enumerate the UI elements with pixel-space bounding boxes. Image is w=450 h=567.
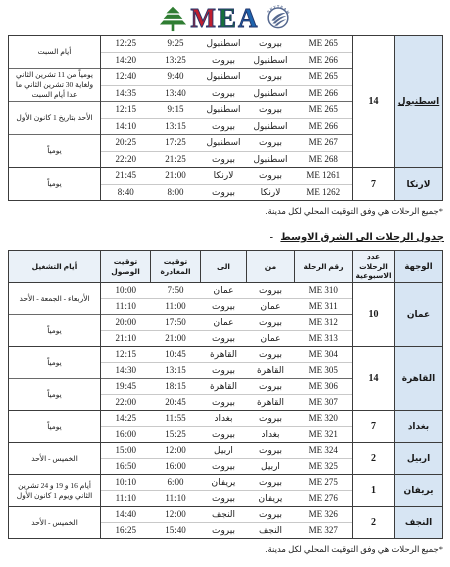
departure-time-cell: 9:40	[151, 69, 201, 86]
flight-number-cell: ME 265	[295, 102, 353, 119]
flight-number-cell: ME 324	[295, 443, 353, 459]
arrival-time-cell: 16:50	[101, 459, 151, 475]
from-city-cell: اسطنبول	[247, 52, 295, 69]
from-city-cell: بيروت	[247, 443, 295, 459]
flight-row: النجف2ME 326بيروتالنجف12:0014:40الخميس -…	[9, 507, 443, 523]
departure-time-cell: 21:00	[151, 331, 201, 347]
skyteam-logo-icon: SKYTEAM	[263, 0, 293, 31]
flight-row: لارنكا7ME 1261بيروتلارنكا21:0021:45يوميا…	[9, 168, 443, 185]
flight-row: القاهرة14ME 304بيروتالقاهرة10:4512:15يوم…	[9, 347, 443, 363]
arrival-time-cell: 19:45	[101, 379, 151, 395]
weekly-flights-cell: 1	[353, 475, 395, 507]
departure-time-cell: 13:40	[151, 85, 201, 102]
departure-time-cell: 11:10	[151, 491, 201, 507]
flight-number-cell: ME 265	[295, 36, 353, 53]
arrival-time-cell: 11:10	[101, 491, 151, 507]
destination-cell: يريفان	[395, 475, 443, 507]
header-operating-days: أيام التشغيل	[9, 251, 101, 283]
to-city-cell: عمان	[201, 315, 247, 331]
departure-time-cell: 15:40	[151, 523, 201, 539]
to-city-cell: اسطنبول	[201, 102, 247, 119]
mea-logo: M E A SKYTEAM	[0, 1, 450, 35]
svg-text:SKYTEAM: SKYTEAM	[266, 5, 290, 16]
bullet-dash: -	[270, 232, 273, 243]
from-city-cell: بيروت	[247, 135, 295, 152]
departure-time-cell: 9:15	[151, 102, 201, 119]
from-city-cell: اسطنبول	[247, 151, 295, 168]
weekly-flights-cell: 14	[353, 347, 395, 411]
flight-number-cell: ME 266	[295, 85, 353, 102]
arrival-time-cell: 20:00	[101, 315, 151, 331]
departure-time-cell: 11:55	[151, 411, 201, 427]
operating-days-cell: الخميس - الأحد	[9, 443, 101, 475]
operating-days-cell: يومياً	[9, 315, 101, 347]
arrival-time-cell: 14:40	[101, 507, 151, 523]
departure-time-cell: 11:00	[151, 299, 201, 315]
from-city-cell: بغداد	[247, 427, 295, 443]
from-city-cell: بيروت	[247, 283, 295, 299]
weekly-flights-cell: 14	[353, 36, 395, 168]
operating-days-cell: أيام السبت	[9, 36, 101, 69]
arrival-time-cell: 12:40	[101, 69, 151, 86]
departure-time-cell: 10:45	[151, 347, 201, 363]
to-city-cell: اسطنبول	[201, 69, 247, 86]
flight-number-cell: ME 275	[295, 475, 353, 491]
operating-days-cell: يومياً	[9, 379, 101, 411]
departure-time-cell: 12:00	[151, 443, 201, 459]
mea-letter-a: A	[238, 5, 260, 32]
to-city-cell: بيروت	[201, 151, 247, 168]
to-city-cell: بيروت	[201, 459, 247, 475]
flight-number-cell: ME 310	[295, 283, 353, 299]
flight-row: اربيل2ME 324بيروتاربيل12:0015:00الخميس -…	[9, 443, 443, 459]
to-city-cell: بيروت	[201, 491, 247, 507]
to-city-cell: بيروت	[201, 395, 247, 411]
departure-time-cell: 21:25	[151, 151, 201, 168]
destination-cell: عمان	[395, 283, 443, 347]
destination-cell: اربيل	[395, 443, 443, 475]
istanbul-larnaca-schedule-table: اسطنبول14ME 265بيروتاسطنبول9:2512:25أيام…	[8, 35, 443, 201]
departure-time-cell: 20:45	[151, 395, 201, 411]
flight-number-cell: ME 313	[295, 331, 353, 347]
arrival-time-cell: 12:15	[101, 102, 151, 119]
mea-letter-e: E	[218, 5, 238, 32]
from-city-cell: لارنكا	[247, 184, 295, 201]
to-city-cell: بيروت	[201, 299, 247, 315]
header-weekly-flights: عدد الرحلات الاسبوعية	[353, 251, 395, 283]
flight-number-cell: ME 276	[295, 491, 353, 507]
destination-cell: القاهرة	[395, 347, 443, 411]
arrival-time-cell: 8:40	[101, 184, 151, 201]
departure-time-cell: 16:00	[151, 459, 201, 475]
arrival-time-cell: 14:35	[101, 85, 151, 102]
middle-east-schedule-table: الوجهةعدد الرحلات الاسبوعيةرقم الرحلةمنا…	[8, 250, 443, 539]
departure-time-cell: 9:25	[151, 36, 201, 53]
weekly-flights-cell: 7	[353, 168, 395, 201]
to-city-cell: يريفان	[201, 475, 247, 491]
weekly-flights-cell: 10	[353, 283, 395, 347]
to-city-cell: بيروت	[201, 331, 247, 347]
flight-number-cell: ME 326	[295, 507, 353, 523]
arrival-time-cell: 21:45	[101, 168, 151, 185]
weekly-flights-cell: 2	[353, 507, 395, 539]
to-city-cell: لارنكا	[201, 168, 247, 185]
to-city-cell: بيروت	[201, 184, 247, 201]
flight-number-cell: ME 305	[295, 363, 353, 379]
from-city-cell: بيروت	[247, 347, 295, 363]
page: M E A SKYTEAM اسطنبول14ME 265بيروتاسطنبو…	[0, 1, 450, 555]
arrival-time-cell: 10:00	[101, 283, 151, 299]
to-city-cell: القاهرة	[201, 347, 247, 363]
flight-number-cell: ME 304	[295, 347, 353, 363]
to-city-cell: القاهرة	[201, 379, 247, 395]
to-city-cell: بيروت	[201, 52, 247, 69]
from-city-cell: اسطنبول	[247, 85, 295, 102]
arrival-time-cell: 14:10	[101, 118, 151, 135]
from-city-cell: بيروت	[247, 102, 295, 119]
flight-number-cell: ME 327	[295, 523, 353, 539]
operating-days-cell: يومياً	[9, 347, 101, 379]
departure-time-cell: 7:50	[151, 283, 201, 299]
flight-number-cell: ME 325	[295, 459, 353, 475]
arrival-time-cell: 22:00	[101, 395, 151, 411]
to-city-cell: بيروت	[201, 523, 247, 539]
arrival-time-cell: 14:20	[101, 52, 151, 69]
from-city-cell: بيروت	[247, 507, 295, 523]
from-city-cell: النجف	[247, 523, 295, 539]
destination-cell: بغداد	[395, 411, 443, 443]
header-to: الى	[201, 251, 247, 283]
from-city-cell: يريفان	[247, 491, 295, 507]
flight-number-cell: ME 268	[295, 151, 353, 168]
from-city-cell: اربيل	[247, 459, 295, 475]
departure-time-cell: 12:00	[151, 507, 201, 523]
from-city-cell: بيروت	[247, 411, 295, 427]
mea-letter-m: M	[191, 5, 218, 32]
from-city-cell: اسطنبول	[247, 118, 295, 135]
departure-time-cell: 6:00	[151, 475, 201, 491]
from-city-cell: بيروت	[247, 315, 295, 331]
flight-number-cell: ME 312	[295, 315, 353, 331]
arrival-time-cell: 14:30	[101, 363, 151, 379]
departure-time-cell: 18:15	[151, 379, 201, 395]
flight-number-cell: ME 321	[295, 427, 353, 443]
flight-row: بغداد7ME 320بيروتبغداد11:5514:25يومياً	[9, 411, 443, 427]
from-city-cell: بيروت	[247, 168, 295, 185]
departure-time-cell: 13:15	[151, 118, 201, 135]
operating-days-cell: يومياً	[9, 168, 101, 201]
to-city-cell: اربيل	[201, 443, 247, 459]
destination-cell: النجف	[395, 507, 443, 539]
header-from: من	[247, 251, 295, 283]
from-city-cell: بيروت	[247, 475, 295, 491]
from-city-cell: عمان	[247, 331, 295, 347]
operating-days-cell: الأحد بتاريخ 1 كانون الأول	[9, 102, 101, 135]
from-city-cell: بيروت	[247, 379, 295, 395]
arrival-time-cell: 12:25	[101, 36, 151, 53]
to-city-cell: بغداد	[201, 411, 247, 427]
to-city-cell: بيروت	[201, 363, 247, 379]
arrival-time-cell: 14:25	[101, 411, 151, 427]
mea-wordmark: M E A	[191, 5, 260, 32]
flight-number-cell: ME 265	[295, 69, 353, 86]
arrival-time-cell: 20:25	[101, 135, 151, 152]
flight-number-cell: ME 267	[295, 135, 353, 152]
flight-number-cell: ME 320	[295, 411, 353, 427]
flight-number-cell: ME 1261	[295, 168, 353, 185]
arrival-time-cell: 16:00	[101, 427, 151, 443]
flight-number-cell: ME 306	[295, 379, 353, 395]
departure-time-cell: 8:00	[151, 184, 201, 201]
flight-number-cell: ME 1262	[295, 184, 353, 201]
to-city-cell: بيروت	[201, 118, 247, 135]
flight-row: عمان10ME 310بيروتعمان7:5010:00الأربعاء -…	[9, 283, 443, 299]
departure-time-cell: 21:00	[151, 168, 201, 185]
departure-time-cell: 17:25	[151, 135, 201, 152]
operating-days-cell: أيام 16 و 19 و 24 تشرين الثاني ويوم 1 كا…	[9, 475, 101, 507]
destination-cell: لارنكا	[395, 168, 443, 201]
from-city-cell: عمان	[247, 299, 295, 315]
arrival-time-cell: 16:25	[101, 523, 151, 539]
skyteam-text: SKYTEAM	[266, 5, 290, 16]
local-time-footnote-bottom: *جميع الرحلات هي وفق التوقيت المحلي لكل …	[0, 544, 443, 555]
to-city-cell: النجف	[201, 507, 247, 523]
to-city-cell: بيروت	[201, 427, 247, 443]
departure-time-cell: 13:25	[151, 52, 201, 69]
departure-time-cell: 13:15	[151, 363, 201, 379]
weekly-flights-cell: 7	[353, 411, 395, 443]
section-title-text: جدول الرحلات الى الشرق الاوسط	[280, 232, 444, 243]
arrival-time-cell: 11:10	[101, 299, 151, 315]
from-city-cell: القاهرة	[247, 363, 295, 379]
from-city-cell: بيروت	[247, 69, 295, 86]
operating-days-cell: يومياً	[9, 411, 101, 443]
middle-east-section-title: - جدول الرحلات الى الشرق الاوسط	[0, 232, 444, 243]
flight-number-cell: ME 307	[295, 395, 353, 411]
flight-number-cell: ME 311	[295, 299, 353, 315]
to-city-cell: اسطنبول	[201, 135, 247, 152]
departure-time-cell: 15:25	[151, 427, 201, 443]
arrival-time-cell: 22:20	[101, 151, 151, 168]
header-departure-time: توقيت المغادرة	[151, 251, 201, 283]
arrival-time-cell: 21:10	[101, 331, 151, 347]
operating-days-cell: يومياً من 11 تشرين الثاني ولغاية 30 تشري…	[9, 69, 101, 102]
operating-days-cell: الأربعاء - الجمعة - الأحد	[9, 283, 101, 315]
departure-time-cell: 17:50	[151, 315, 201, 331]
header-arrival-time: توقيت الوصول	[101, 251, 151, 283]
arrival-time-cell: 12:15	[101, 347, 151, 363]
header-destination: الوجهة	[395, 251, 443, 283]
to-city-cell: عمان	[201, 283, 247, 299]
flight-number-cell: ME 266	[295, 118, 353, 135]
operating-days-cell: الخميس - الأحد	[9, 507, 101, 539]
arrival-time-cell: 15:00	[101, 443, 151, 459]
from-city-cell: القاهرة	[247, 395, 295, 411]
flight-row: اسطنبول14ME 265بيروتاسطنبول9:2512:25أيام…	[9, 36, 443, 53]
cedar-tree-icon	[158, 4, 188, 32]
operating-days-cell: يومياً	[9, 135, 101, 168]
from-city-cell: بيروت	[247, 36, 295, 53]
destination-cell: اسطنبول	[395, 36, 443, 168]
to-city-cell: اسطنبول	[201, 36, 247, 53]
flight-number-cell: ME 266	[295, 52, 353, 69]
header-flight-number: رقم الرحلة	[295, 251, 353, 283]
to-city-cell: بيروت	[201, 85, 247, 102]
arrival-time-cell: 10:10	[101, 475, 151, 491]
weekly-flights-cell: 2	[353, 443, 395, 475]
local-time-footnote-top: *جميع الرحلات هي وفق التوقيت المحلي لكل …	[0, 206, 443, 217]
flight-row: يريفان1ME 275بيروتيريفان6:0010:10أيام 16…	[9, 475, 443, 491]
